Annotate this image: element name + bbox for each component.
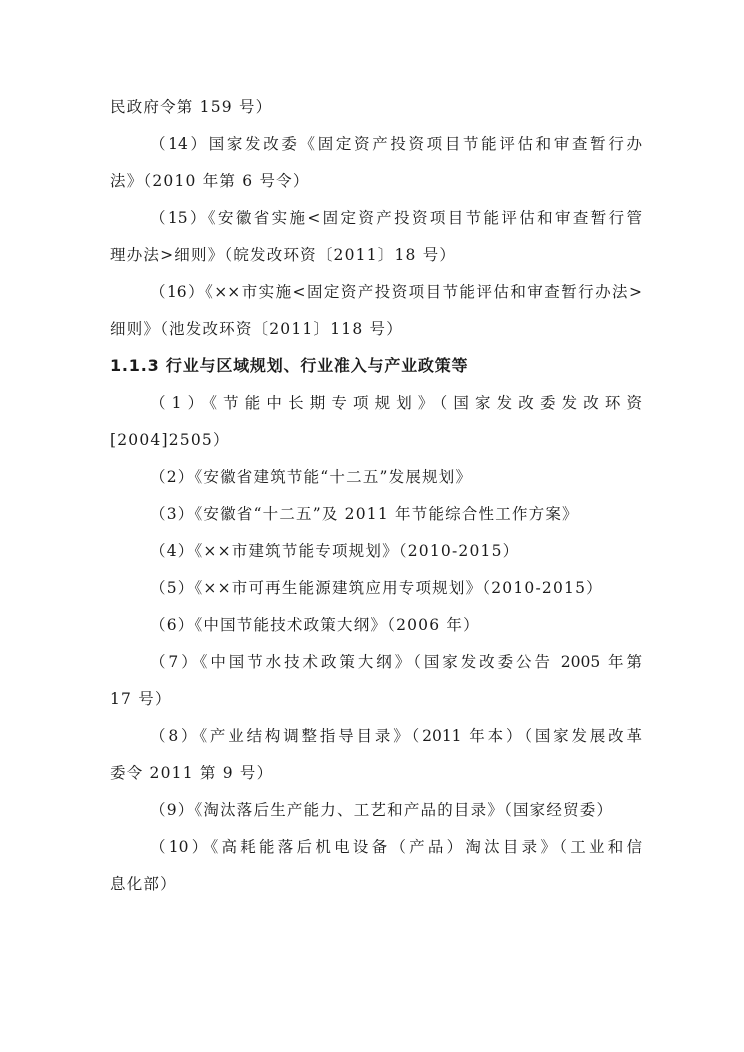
list-item-16-line2: 细则》（池发改环资〔2011〕118 号） xyxy=(110,314,642,351)
section-heading: 1.1.3 行业与区域规划、行业准入与产业政策等 xyxy=(110,351,642,388)
list-item-15-line2: 理办法>细则》（皖发改环资〔2011〕18 号） xyxy=(110,240,642,277)
list-item-5: （5）《××市可再生能源建筑应用专项规划》（2010-2015） xyxy=(110,573,642,610)
list-item-10-line2: 息化部） xyxy=(110,869,642,906)
document-page: 民政府令第 159 号） （14）国家发改委《固定资产投资项目节能评估和审查暂行… xyxy=(110,92,642,906)
list-item-3: （3）《安徽省“十二五”及 2011 年节能综合性工作方案》 xyxy=(110,499,642,536)
list-item-2: （2）《安徽省建筑节能“十二五”发展规划》 xyxy=(110,462,642,499)
list-item-15-line1: （15）《安徽省实施<固定资产投资项目节能评估和审查暂行管 xyxy=(110,203,642,240)
list-item-16-line1: （16）《××市实施<固定资产投资项目节能评估和审查暂行办法> xyxy=(110,277,642,314)
list-item-8-line1: （8）《产业结构调整指导目录》（2011 年本）（国家发展改革 xyxy=(110,721,642,758)
list-item-1-line2: [2004]2505） xyxy=(110,425,642,462)
list-item-14-line2: 法》（2010 年第 6 号令） xyxy=(110,166,642,203)
list-item-1-line1: （1）《节能中长期专项规划》（国家发改委发改环资 xyxy=(110,388,642,425)
list-item-6: （6）《中国节能技术政策大纲》（2006 年） xyxy=(110,610,642,647)
list-item-4: （4）《××市建筑节能专项规划》（2010-2015） xyxy=(110,536,642,573)
list-item-8-line2: 委令 2011 第 9 号） xyxy=(110,758,642,795)
list-item-10-line1: （10）《高耗能落后机电设备（产品）淘汰目录》（工业和信 xyxy=(110,832,642,869)
list-item-14-line1: （14）国家发改委《固定资产投资项目节能评估和审查暂行办 xyxy=(110,129,642,166)
list-item-7-line2: 17 号） xyxy=(110,684,642,721)
paragraph-continuation: 民政府令第 159 号） xyxy=(110,92,642,129)
list-item-7-line1: （7）《中国节水技术政策大纲》（国家发改委公告 2005 年第 xyxy=(110,647,642,684)
list-item-9: （9）《淘汰落后生产能力、工艺和产品的目录》（国家经贸委） xyxy=(110,795,642,832)
